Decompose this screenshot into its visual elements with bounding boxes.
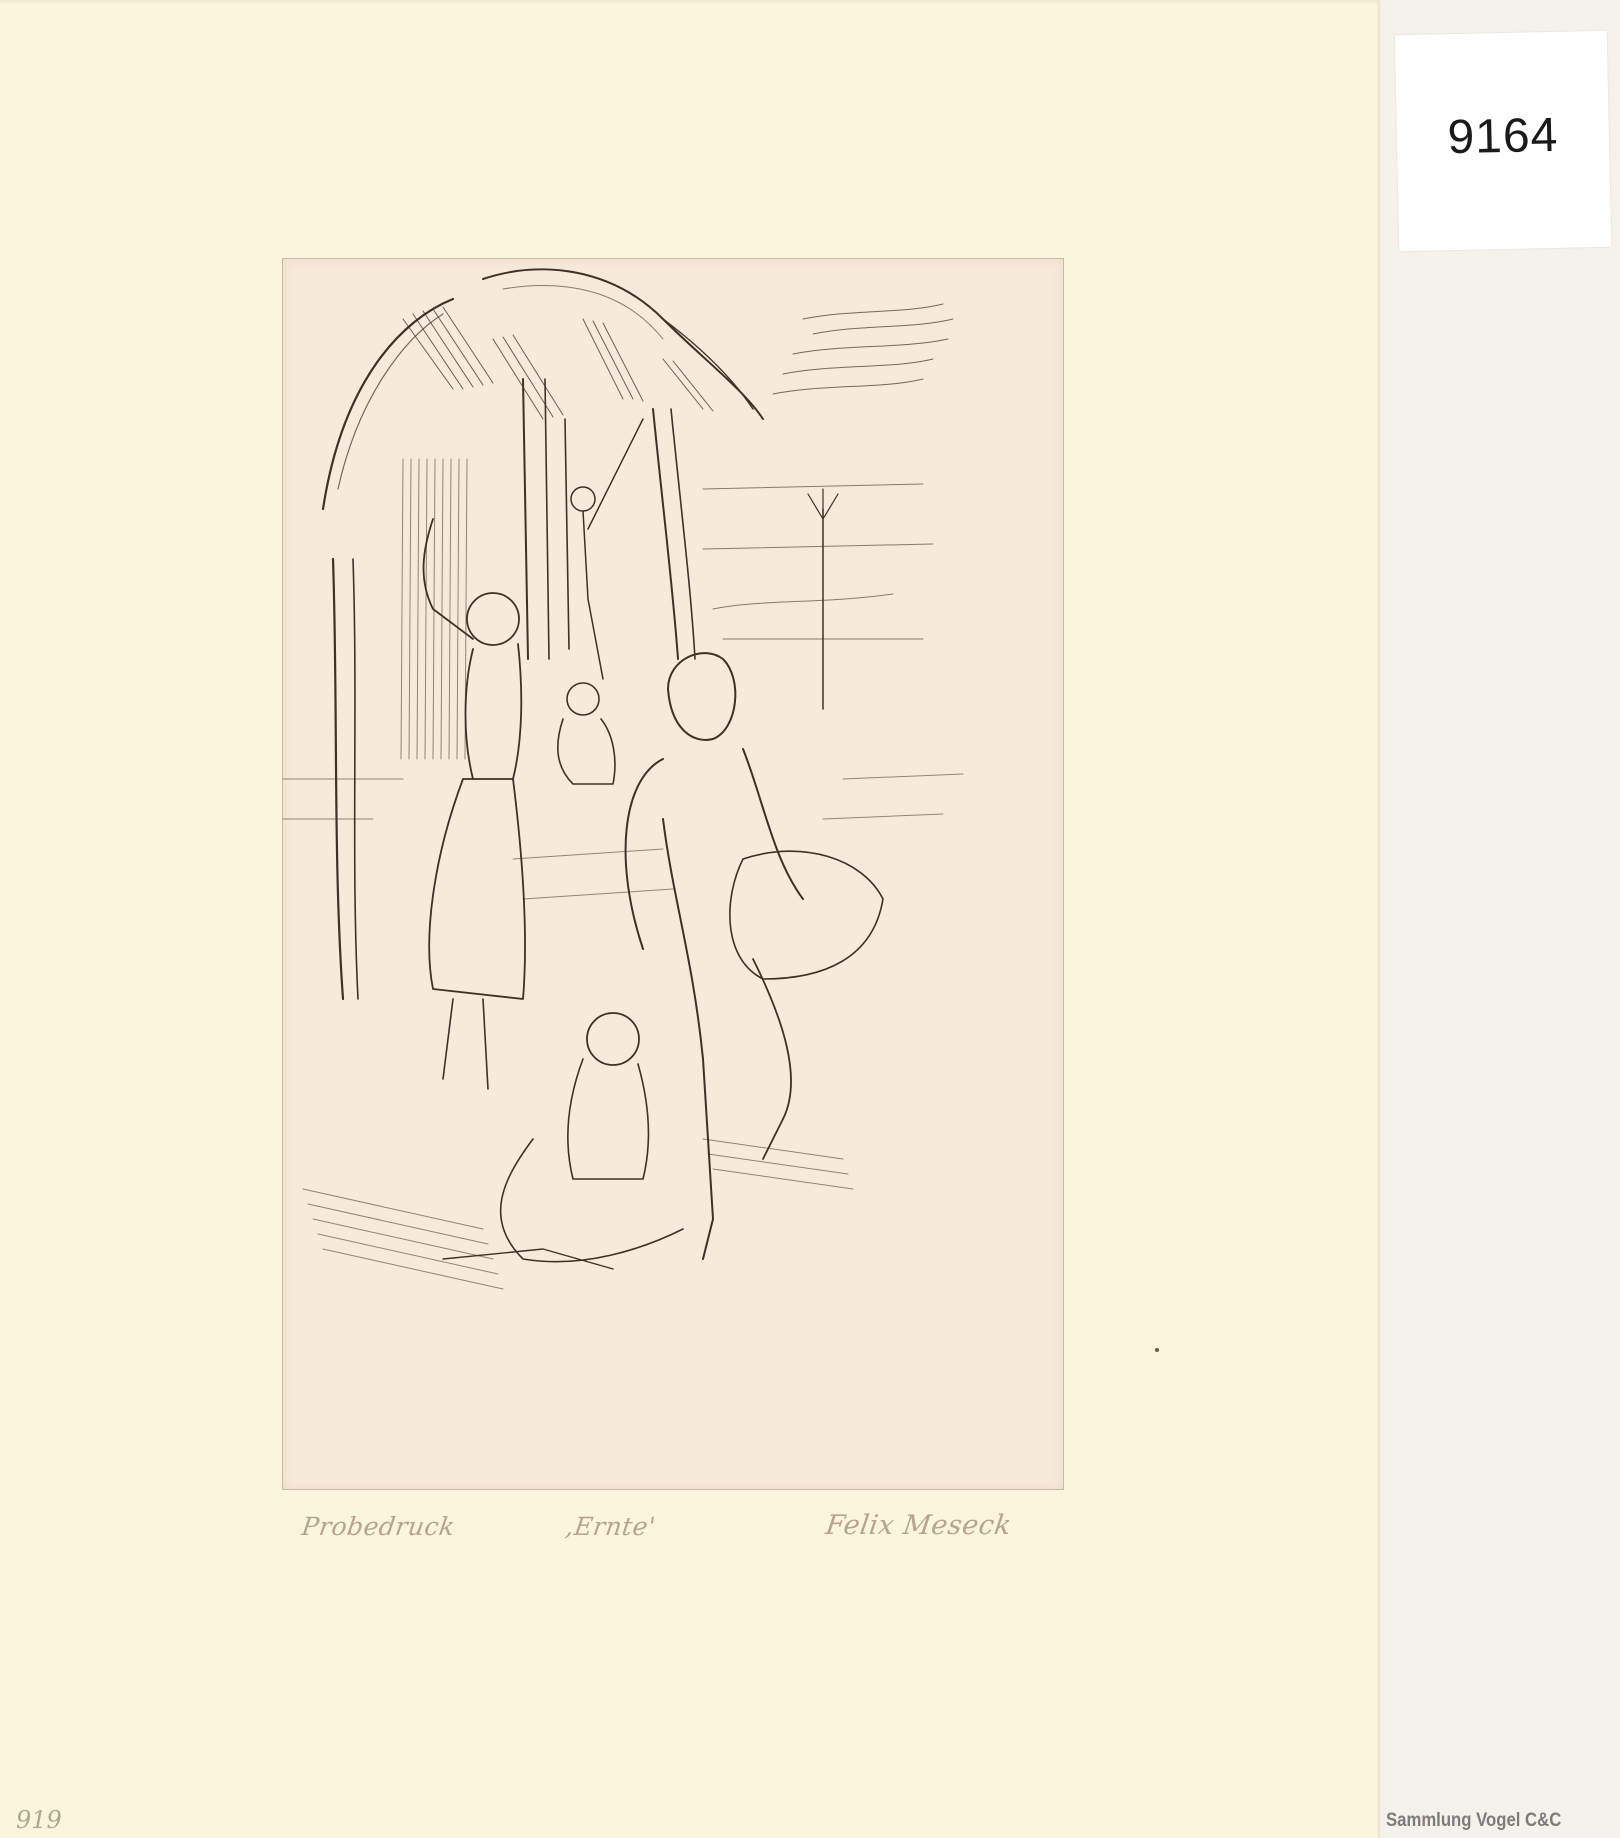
paper-speck xyxy=(1155,1348,1159,1352)
pencil-annotation-state: Probedruck xyxy=(300,1512,457,1541)
pencil-artist-signature: Felix Meseck xyxy=(824,1510,1014,1541)
pencil-annotation-title: ,Ernte' xyxy=(564,1512,658,1541)
print-paper-sheet: Probedruck ,Ernte' Felix Meseck 919 xyxy=(0,0,1379,1838)
etching-drawing xyxy=(283,259,1063,1489)
pencil-inventory-number: 919 xyxy=(16,1806,62,1834)
catalogue-number-label: 9164 xyxy=(1395,31,1611,251)
catalogue-number: 9164 xyxy=(1447,107,1559,164)
paper-edge xyxy=(0,0,1378,4)
collection-watermark: Sammlung Vogel C&C xyxy=(1386,1810,1561,1832)
etching-plate xyxy=(282,258,1064,1490)
